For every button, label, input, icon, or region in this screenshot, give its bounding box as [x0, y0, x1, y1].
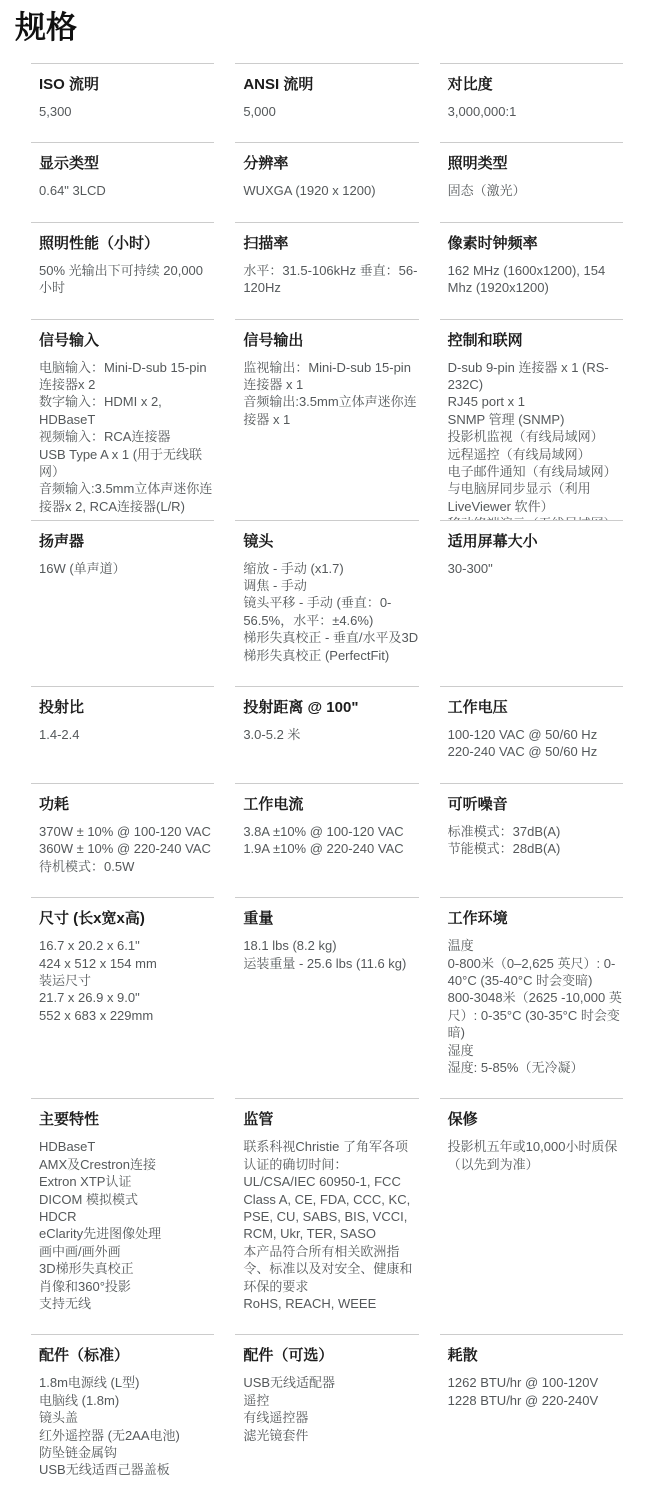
spec-values: 162 MHz (1600x1200), 154 Mhz (1920x1200) [448, 262, 623, 297]
spec-line: eClarity先进图像处理 [39, 1225, 214, 1242]
spec-line: 电脑线 (1.8m) [39, 1392, 214, 1409]
spec-line: 投影机五年或10,000小时质保（以先到为准） [448, 1138, 623, 1173]
spec-title: 功耗 [39, 795, 214, 814]
spec-line: 数字输入：HDMI x 2, HDBaseT [39, 393, 214, 428]
spec-values: 16W (单声道） [39, 560, 214, 577]
spec-line: 1.8m电源线 (L型) [39, 1374, 214, 1391]
spec-line: 电子邮件通知（有线局域网） [448, 463, 623, 480]
spec-line: 21.7 x 26.9 x 9.0" [39, 989, 214, 1006]
spec-title: 照明性能（小时） [39, 234, 214, 253]
section-accessories-standard: 配件（标准） 1.8m电源线 (L型)电脑线 (1.8m)镜头盖红外遥控器 (无… [31, 1334, 214, 1500]
spec-line: 360W ± 10% @ 220-240 VAC [39, 840, 214, 857]
spec-title: ISO 流明 [39, 75, 214, 94]
spec-values: 水平：31.5-106kHz 垂直：56-120Hz [243, 262, 418, 297]
section-dimensions: 尺寸 (长x宽x高) 16.7 x 20.2 x 6.1"424 x 512 x… [31, 897, 214, 1098]
section-illumination-type: 照明类型 固态（激光） [440, 142, 623, 221]
spec-line: 1.4-2.4 [39, 726, 214, 743]
spec-line: 支持无线 [39, 1295, 214, 1312]
spec-values: 电脑输入：Mini-D-sub 15-pin 连接器x 2数字输入：HDMI x… [39, 359, 214, 516]
spec-values: 370W ± 10% @ 100-120 VAC360W ± 10% @ 220… [39, 823, 214, 875]
spec-line: 5,300 [39, 103, 214, 120]
spec-title: 可听噪音 [448, 795, 623, 814]
spec-line: 3D梯形失真校正 [39, 1260, 214, 1277]
spec-line: AMX及Crestron连接 [39, 1156, 214, 1173]
spec-grid: ISO 流明 5,300 ANSI 流明 5,000 对比度 3,000,000… [31, 63, 623, 1501]
spec-values: 固态（激光） [448, 182, 623, 199]
spec-title: 配件（标准） [39, 1346, 214, 1365]
spec-line: 18.1 lbs (8.2 kg) [243, 937, 418, 954]
spec-line: 远程遥控（有线局域网） [448, 446, 623, 463]
spec-values: 50% 光输出下可持续 20,000 小时 [39, 262, 214, 297]
section-signal-input: 信号输入 电脑输入：Mini-D-sub 15-pin 连接器x 2数字输入：H… [31, 319, 214, 520]
spec-line: 与电脑屏同步显示（利用 LiveViewer 软件） [448, 480, 623, 515]
spec-values: 100-120 VAC @ 50/60 Hz220-240 VAC @ 50/6… [448, 726, 623, 761]
section-dissipation: 耗散 1262 BTU/hr @ 100-120V1228 BTU/hr @ 2… [440, 1334, 623, 1500]
section-ansi-lumens: ANSI 流明 5,000 [235, 63, 418, 142]
spec-title: 投射比 [39, 698, 214, 717]
spec-values: HDBaseTAMX及Crestron连接Extron XTP认证DICOM 模… [39, 1138, 214, 1312]
spec-line: 运装重量 - 25.6 lbs (11.6 kg) [243, 955, 418, 972]
spec-line: USB无线适配器 [243, 1374, 418, 1391]
spec-line: 电脑输入：Mini-D-sub 15-pin 连接器x 2 [39, 359, 214, 394]
spec-line: WUXGA (1920 x 1200) [243, 182, 418, 199]
spec-line: 有线遥控器 [243, 1409, 418, 1426]
section-regulatory: 监管 联系科视Christie 了角军各项认证的确切时间：UL/CSA/IEC … [235, 1098, 418, 1334]
spec-line: 16.7 x 20.2 x 6.1" [39, 937, 214, 954]
spec-values: 1.4-2.4 [39, 726, 214, 743]
section-iso-lumens: ISO 流明 5,300 [31, 63, 214, 142]
spec-values: 3,000,000:1 [448, 103, 623, 120]
section-throw-distance: 投射距离 @ 100" 3.0-5.2 米 [235, 686, 418, 783]
spec-values: 1262 BTU/hr @ 100-120V1228 BTU/hr @ 220-… [448, 1374, 623, 1409]
spec-values: 联系科视Christie 了角军各项认证的确切时间：UL/CSA/IEC 609… [243, 1138, 418, 1312]
section-illumination-life: 照明性能（小时） 50% 光输出下可持续 20,000 小时 [31, 222, 214, 319]
spec-line: 湿度 [448, 1042, 623, 1059]
section-warranty: 保修 投影机五年或10,000小时质保（以先到为准） [440, 1098, 623, 1334]
section-speaker: 扬声器 16W (单声道） [31, 520, 214, 686]
spec-title: 信号输出 [243, 331, 418, 350]
spec-title: 工作电流 [243, 795, 418, 814]
spec-values: 温度0-800米（0–2,625 英尺）: 0-40°C (35-40°C 时会… [448, 937, 623, 1076]
spec-line: D-sub 9-pin 连接器 x 1 (RS-232C) [448, 359, 623, 394]
spec-title: 分辨率 [243, 154, 418, 173]
section-screen-size: 适用屏幕大小 30-300" [440, 520, 623, 686]
spec-values: 5,300 [39, 103, 214, 120]
spec-title: 照明类型 [448, 154, 623, 173]
spec-values: D-sub 9-pin 连接器 x 1 (RS-232C)RJ45 port x… [448, 359, 623, 520]
spec-title: 投射距离 @ 100" [243, 698, 418, 717]
spec-line: 1228 BTU/hr @ 220-240V [448, 1392, 623, 1409]
spec-values: 标准模式：37dB(A)节能模式：28dB(A) [448, 823, 623, 858]
spec-line: 5,000 [243, 103, 418, 120]
section-power-consumption: 功耗 370W ± 10% @ 100-120 VAC360W ± 10% @ … [31, 783, 214, 897]
spec-line: 调焦 - 手动 [243, 577, 418, 594]
spec-line: 镜头盖 [39, 1409, 214, 1426]
section-accessories-optional: 配件（可选） USB无线适配器遥控有线遥控器滤光镜套件 [235, 1334, 418, 1500]
spec-title: 扬声器 [39, 532, 214, 551]
spec-values: 3.0-5.2 米 [243, 726, 418, 743]
spec-line: 联系科视Christie 了角军各项认证的确切时间：UL/CSA/IEC 609… [243, 1138, 418, 1242]
spec-line: 节能模式：28dB(A) [448, 840, 623, 857]
spec-line: 100-120 VAC @ 50/60 Hz [448, 726, 623, 743]
section-control-networking: 控制和联网 D-sub 9-pin 连接器 x 1 (RS-232C)RJ45 … [440, 319, 623, 520]
spec-title: 保修 [448, 1110, 623, 1129]
section-contrast: 对比度 3,000,000:1 [440, 63, 623, 142]
spec-line: 0.64" 3LCD [39, 182, 214, 199]
spec-line: 肖像和360°投影 [39, 1278, 214, 1295]
spec-line: 湿度: 5-85%（无冷凝） [448, 1059, 623, 1076]
spec-title: ANSI 流明 [243, 75, 418, 94]
section-signal-output: 信号输出 监视输出：Mini-D-sub 15-pin 连接器 x 1音频输出:… [235, 319, 418, 520]
section-scan-rate: 扫描率 水平：31.5-106kHz 垂直：56-120Hz [235, 222, 418, 319]
spec-line: 红外遥控器 (无2AA电池) [39, 1427, 214, 1444]
spec-title: 信号输入 [39, 331, 214, 350]
spec-title: 工作环境 [448, 909, 623, 928]
page-title: 规格 [15, 10, 650, 46]
spec-title: 工作电压 [448, 698, 623, 717]
spec-line: 音频输出:3.5mm立体声迷你连接器 x 1 [243, 393, 418, 428]
spec-title: 控制和联网 [448, 331, 623, 350]
spec-values: 1.8m电源线 (L型)电脑线 (1.8m)镜头盖红外遥控器 (无2AA电池)防… [39, 1374, 214, 1478]
spec-values: 16.7 x 20.2 x 6.1"424 x 512 x 154 mm装运尺寸… [39, 937, 214, 1024]
section-display-type: 显示类型 0.64" 3LCD [31, 142, 214, 221]
spec-line: 音频输入:3.5mm立体声迷你连接器x 2, RCA连接器(L/R) [39, 480, 214, 515]
spec-title: 尺寸 (长x宽x高) [39, 909, 214, 928]
spec-line: 缩放 - 手动 (x1.7) [243, 560, 418, 577]
spec-values: WUXGA (1920 x 1200) [243, 182, 418, 199]
section-operating-current: 工作电流 3.8A ±10% @ 100-120 VAC1.9A ±10% @ … [235, 783, 418, 897]
spec-line: 监视输出：Mini-D-sub 15-pin 连接器 x 1 [243, 359, 418, 394]
spec-line: 标准模式：37dB(A) [448, 823, 623, 840]
spec-values: 投影机五年或10,000小时质保（以先到为准） [448, 1138, 623, 1173]
spec-line: 遥控 [243, 1392, 418, 1409]
spec-line: 370W ± 10% @ 100-120 VAC [39, 823, 214, 840]
spec-values: 3.8A ±10% @ 100-120 VAC1.9A ±10% @ 220-2… [243, 823, 418, 858]
spec-line: 3,000,000:1 [448, 103, 623, 120]
spec-values: 18.1 lbs (8.2 kg)运装重量 - 25.6 lbs (11.6 k… [243, 937, 418, 972]
spec-line: 装运尺寸 [39, 972, 214, 989]
spec-line: 镜头平移 - 手动 (垂直：0-56.5%，水平：±4.6%) [243, 594, 418, 629]
spec-line: USB无线适酉己器盖板 [39, 1461, 214, 1478]
spec-values: 缩放 - 手动 (x1.7)调焦 - 手动镜头平移 - 手动 (垂直：0-56.… [243, 560, 418, 664]
spec-title: 扫描率 [243, 234, 418, 253]
spec-line: 1262 BTU/hr @ 100-120V [448, 1374, 623, 1391]
spec-line: 30-300" [448, 560, 623, 577]
spec-line: DICOM 模拟模式 [39, 1191, 214, 1208]
section-operating-environment: 工作环境 温度0-800米（0–2,625 英尺）: 0-40°C (35-40… [440, 897, 623, 1098]
section-resolution: 分辨率 WUXGA (1920 x 1200) [235, 142, 418, 221]
spec-line: 552 x 683 x 229mm [39, 1007, 214, 1024]
spec-values: USB无线适配器遥控有线遥控器滤光镜套件 [243, 1374, 418, 1444]
spec-line: 画中画/画外画 [39, 1243, 214, 1260]
spec-title: 对比度 [448, 75, 623, 94]
spec-title: 配件（可选） [243, 1346, 418, 1365]
spec-line: 水平：31.5-106kHz 垂直：56-120Hz [243, 262, 418, 297]
section-pixel-clock: 像素时钟频率 162 MHz (1600x1200), 154 Mhz (192… [440, 222, 623, 319]
spec-line: 162 MHz (1600x1200), 154 Mhz (1920x1200) [448, 262, 623, 297]
spec-line: RoHS, REACH, WEEE [243, 1295, 418, 1312]
spec-values: 0.64" 3LCD [39, 182, 214, 199]
section-key-features: 主要特性 HDBaseTAMX及Crestron连接Extron XTP认证DI… [31, 1098, 214, 1334]
spec-line: 1.9A ±10% @ 220-240 VAC [243, 840, 418, 857]
spec-line: SNMP 管理 (SNMP) [448, 411, 623, 428]
spec-line: 800-3048米（2625 -10,000 英尺）: 0-35°C (30-3… [448, 989, 623, 1041]
spec-title: 监管 [243, 1110, 418, 1129]
section-audible-noise: 可听噪音 标准模式：37dB(A)节能模式：28dB(A) [440, 783, 623, 897]
spec-title: 主要特性 [39, 1110, 214, 1129]
spec-line: 固态（激光） [448, 182, 623, 199]
spec-line: 3.8A ±10% @ 100-120 VAC [243, 823, 418, 840]
spec-line: 防坠链金属钩 [39, 1444, 214, 1461]
spec-line: 投影机监视（有线局域网） [448, 428, 623, 445]
spec-values: 监视输出：Mini-D-sub 15-pin 连接器 x 1音频输出:3.5mm… [243, 359, 418, 429]
spec-line: HDBaseT [39, 1138, 214, 1155]
spec-line: RJ45 port x 1 [448, 393, 623, 410]
spec-line: 梯形失真校正 - 垂直/水平及3D 梯形失真校正 (PerfectFit) [243, 629, 418, 664]
spec-line: 待机模式：0.5W [39, 858, 214, 875]
spec-line: USB Type A x 1 (用于无线联网） [39, 446, 214, 481]
spec-title: 适用屏幕大小 [448, 532, 623, 551]
spec-line: 424 x 512 x 154 mm [39, 955, 214, 972]
section-throw-ratio: 投射比 1.4-2.4 [31, 686, 214, 783]
spec-values: 5,000 [243, 103, 418, 120]
spec-line: 220-240 VAC @ 50/60 Hz [448, 743, 623, 760]
spec-title: 显示类型 [39, 154, 214, 173]
spec-line: 温度 [448, 937, 623, 954]
spec-line: 本产品符合所有相关欧洲指令、标准以及对安全、健康和环保的要求 [243, 1243, 418, 1295]
section-operating-voltage: 工作电压 100-120 VAC @ 50/60 Hz220-240 VAC @… [440, 686, 623, 783]
spec-values: 30-300" [448, 560, 623, 577]
section-weight: 重量 18.1 lbs (8.2 kg)运装重量 - 25.6 lbs (11.… [235, 897, 418, 1098]
spec-title: 镜头 [243, 532, 418, 551]
spec-line: 3.0-5.2 米 [243, 726, 418, 743]
spec-line: 0-800米（0–2,625 英尺）: 0-40°C (35-40°C 时会变暗… [448, 955, 623, 990]
spec-line: 50% 光输出下可持续 20,000 小时 [39, 262, 214, 297]
spec-title: 重量 [243, 909, 418, 928]
spec-line: 滤光镜套件 [243, 1427, 418, 1444]
section-lens: 镜头 缩放 - 手动 (x1.7)调焦 - 手动镜头平移 - 手动 (垂直：0-… [235, 520, 418, 686]
spec-title: 像素时钟频率 [448, 234, 623, 253]
spec-line: Extron XTP认证 [39, 1173, 214, 1190]
spec-line: HDCR [39, 1208, 214, 1225]
spec-line: 16W (单声道） [39, 560, 214, 577]
spec-line: 视频输入：RCA连接器 [39, 428, 214, 445]
spec-title: 耗散 [448, 1346, 623, 1365]
